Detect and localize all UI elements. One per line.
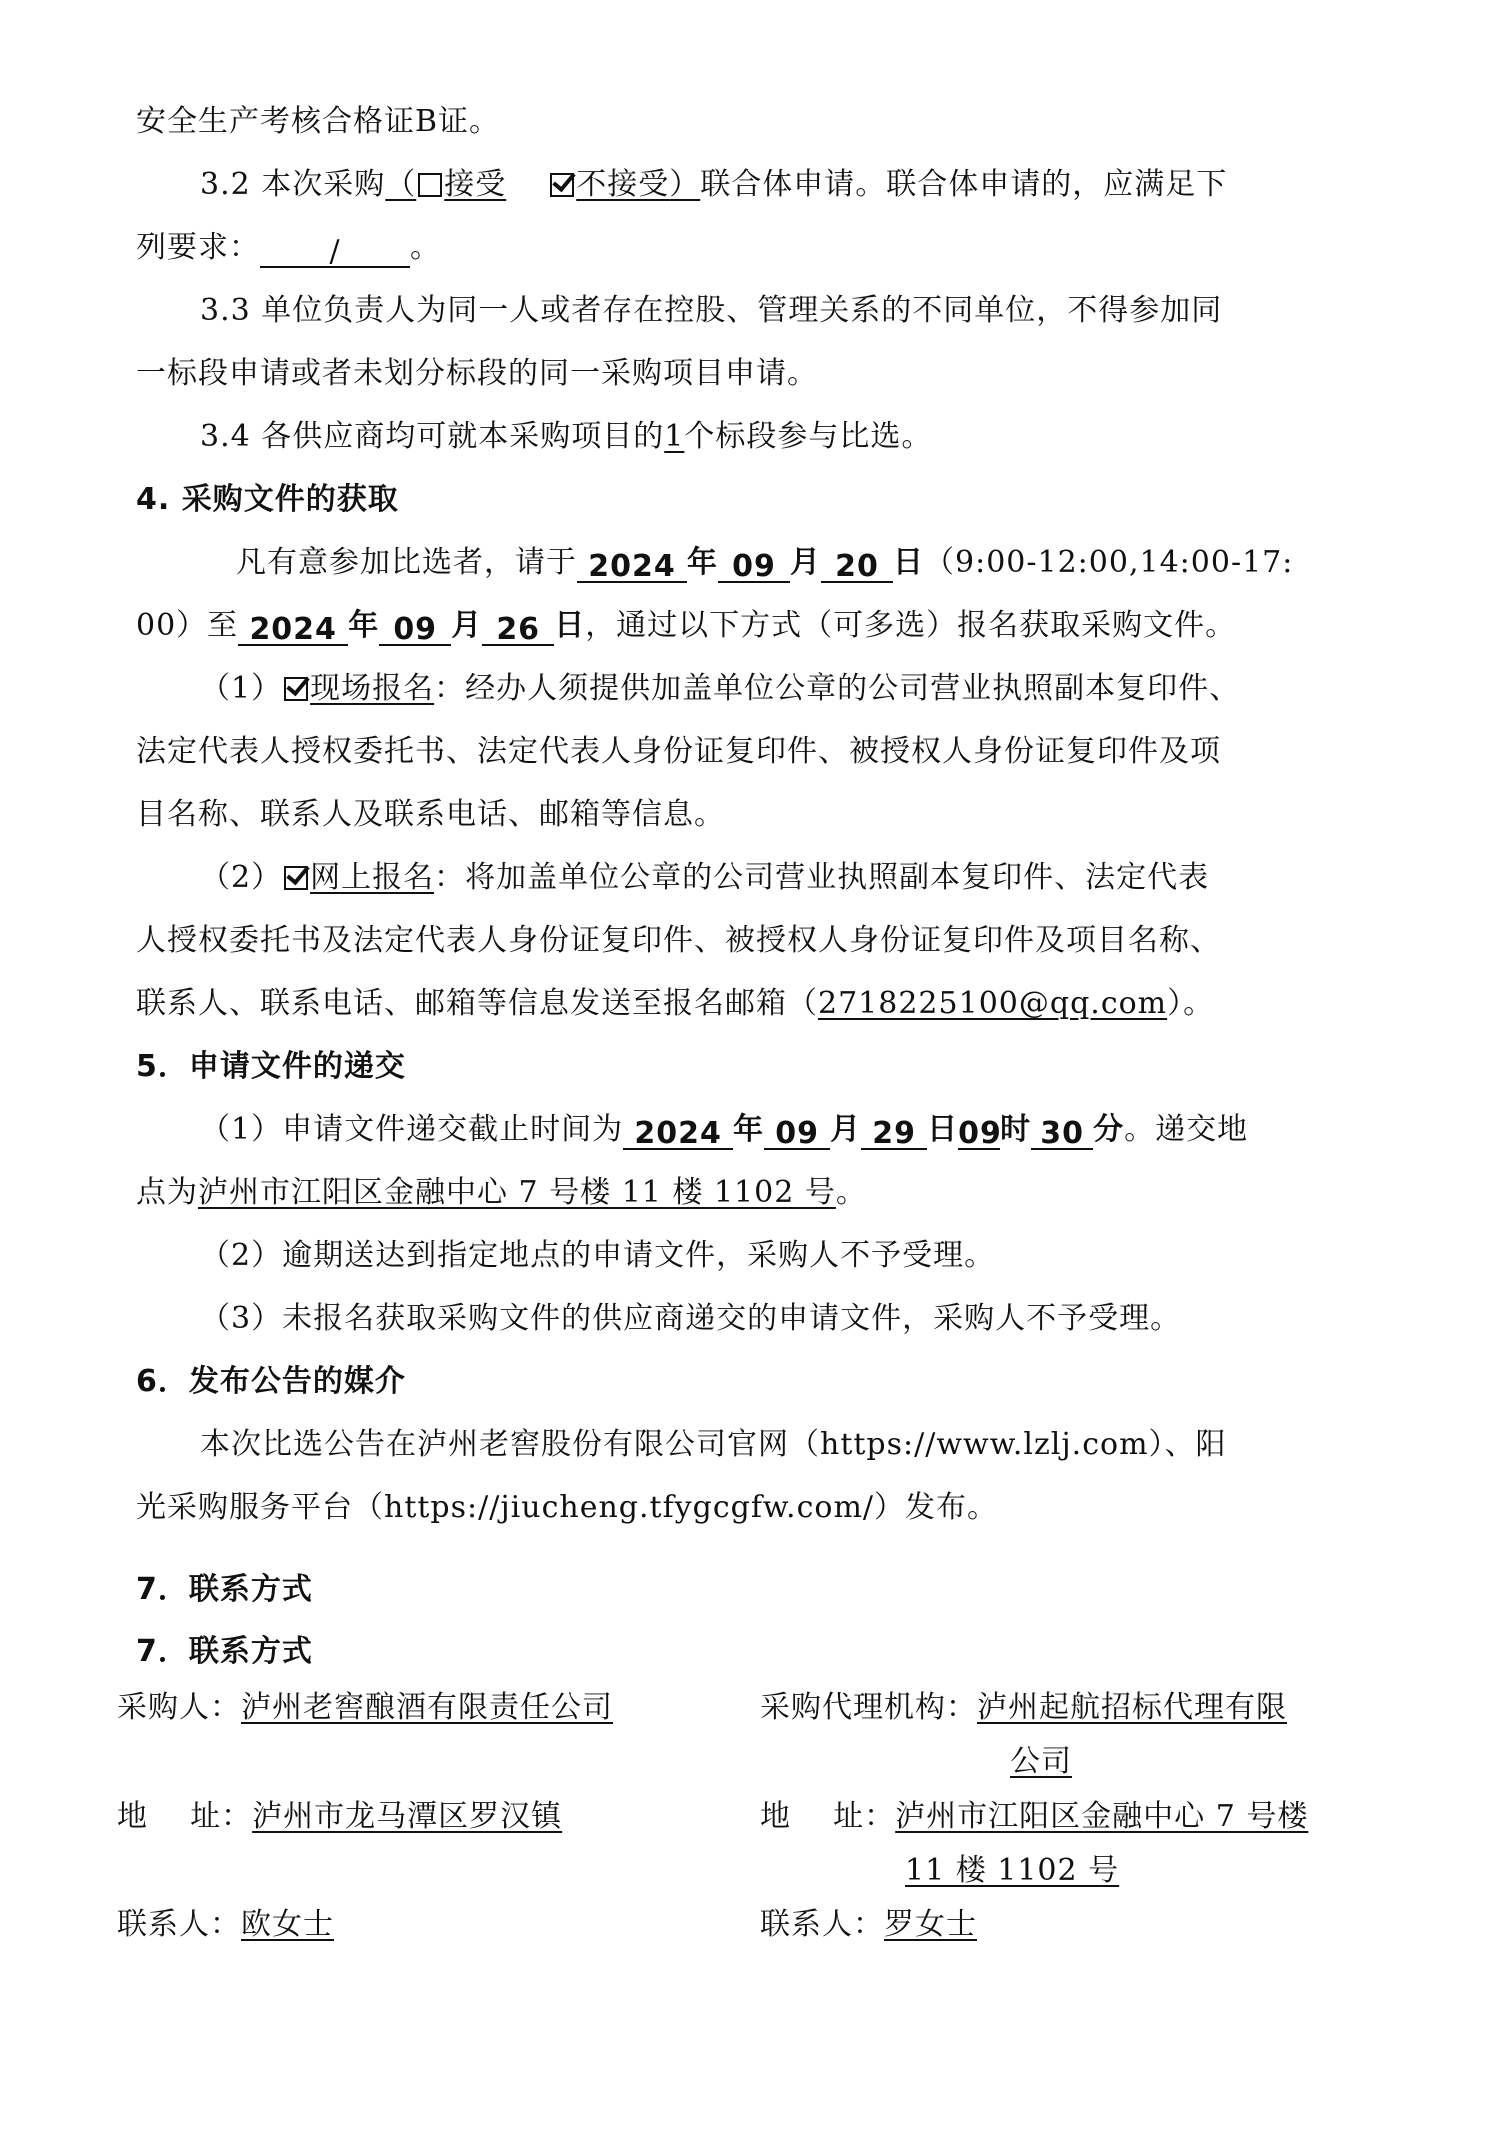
purchaser-address-row: 地 址：泸州市龙马潭区罗汉镇: [117, 1797, 598, 1837]
paragraph-text: 法定代表人授权委托书、法定代表人身份证复印件、被授权人身份证复印件及项: [136, 734, 1221, 769]
submission-location: 泸州市江阳区金融中心 7 号楼 11 楼 1102 号: [198, 1175, 836, 1210]
method-title-text: 网上报名: [310, 860, 434, 895]
method-number: （2）: [200, 860, 282, 895]
checkbox-online-checked-icon[interactable]: [284, 866, 308, 890]
paragraph-text: 目名称、联系人及联系电话、邮箱等信息。: [136, 797, 725, 832]
checkbox-onsite-checked-icon[interactable]: [284, 677, 308, 701]
period: 。: [410, 230, 441, 265]
agency-contact-row: 联系人：罗女士: [760, 1905, 977, 1945]
agency-contact: 罗女士: [884, 1907, 977, 1942]
paragraph-text: 3.3 单位负责人为同一人或者存在控股、管理关系的不同单位，不得参加同: [200, 293, 1222, 328]
clause-3-4-prefix: 3.4 各供应商均可就本采购项目的: [200, 419, 664, 454]
agency-address-line2: 11 楼 1102 号: [905, 1853, 1119, 1888]
address-label: 地 址：: [117, 1799, 252, 1834]
deadline-minute: 30: [1031, 1114, 1093, 1150]
contact-label: 联系人：: [760, 1907, 884, 1942]
method-2-title: 网上报名: [282, 860, 434, 895]
cert-line: 安全生产考核合格证B证。: [136, 102, 500, 142]
method-1-title: 现场报名: [282, 671, 434, 706]
purchaser-name: 泸州老窖酿酒有限责任公司: [241, 1690, 613, 1725]
agency-address-line1: 泸州市江阳区金融中心 7 号楼: [895, 1799, 1308, 1834]
heading-text: 7．联系方式: [136, 1572, 313, 1607]
method-2-line3: 联系人、联系电话、邮箱等信息发送至报名邮箱（2718225100@qq.com）…: [136, 984, 1214, 1024]
section-4-heading: 4. 采购文件的获取: [136, 480, 399, 520]
label-hour: 时: [1000, 1112, 1031, 1147]
contact-label: 联系人：: [117, 1907, 241, 1942]
start-year: 2024: [577, 547, 687, 583]
label-minute: 分: [1093, 1112, 1124, 1147]
clause-3-4-suffix: 个标段参与比选。: [684, 419, 932, 454]
method-number: （1）: [200, 671, 282, 706]
deadline-hour: 09: [958, 1114, 1000, 1150]
paragraph-text: （1）申请文件递交截止时间为: [200, 1112, 623, 1147]
office-hours: （9:00-12:00,14:00-17:: [924, 545, 1293, 580]
clause-3-2-prefix: 3.2 本次采购: [200, 167, 385, 202]
label-month: 月: [830, 1112, 861, 1147]
paragraph-text: ：经办人须提供加盖单位公章的公司营业执照副本复印件、: [434, 671, 1240, 706]
s6-line1: 本次比选公告在泸州老窖股份有限公司官网（https://www.lzlj.com…: [200, 1425, 1227, 1465]
s5-deadline-line1: （1）申请文件递交截止时间为2024年09月29日09时30分。递交地: [200, 1110, 1248, 1150]
s5-item-3: （3）未报名获取采购文件的供应商递交的申请文件，采购人不予受理。: [200, 1299, 1181, 1339]
label-day: 日: [893, 545, 924, 580]
heading-text: 6．发布公告的媒介: [136, 1364, 406, 1399]
method-2-line2: 人授权委托书及法定代表人身份证复印件、被授权人身份证复印件及项目名称、: [136, 921, 1221, 961]
end-year: 2024: [238, 610, 348, 646]
address-label: 地 址：: [760, 1799, 895, 1834]
agency-address-line2-row: 11 楼 1102 号: [905, 1851, 1119, 1891]
label-day: 日: [554, 608, 585, 643]
paren-open: （: [385, 167, 416, 202]
requirements-blank: /: [260, 232, 410, 268]
checkbox-accept-unchecked-icon[interactable]: [418, 173, 442, 197]
checkbox-reject-checked-icon[interactable]: [550, 173, 574, 197]
section-7-heading-duplicate: 7．联系方式: [136, 1632, 313, 1672]
paragraph-text: 凡有意参加比选者，请于: [236, 545, 577, 580]
purchaser-row: 采购人：泸州老窖酿酒有限责任公司: [117, 1688, 613, 1728]
heading-text: 7．联系方式: [136, 1634, 313, 1669]
clause-3-2-suffix: 联合体申请。联合体申请的，应满足下: [700, 167, 1227, 202]
deadline-day: 29: [861, 1114, 927, 1150]
purchaser-label: 采购人：: [117, 1690, 241, 1725]
purchaser-contact-row: 联系人：欧女士: [117, 1905, 334, 1945]
registration-email-link[interactable]: 2718225100@qq.com: [818, 986, 1167, 1021]
clause-3-3-line1: 3.3 单位负责人为同一人或者存在控股、管理关系的不同单位，不得参加同: [200, 291, 1222, 331]
paragraph-text: ）。: [1167, 986, 1214, 1021]
option-reject-label: 不接受: [576, 167, 669, 202]
end-month: 09: [379, 610, 451, 646]
heading-text: 5．申请文件的递交: [136, 1049, 406, 1084]
label-month: 月: [451, 608, 482, 643]
deadline-month: 09: [764, 1114, 830, 1150]
agency-name-line2-row: 公司: [1010, 1742, 1072, 1782]
paragraph-text: （2）逾期送达到指定地点的申请文件，采购人不予受理。: [200, 1238, 995, 1273]
paragraph-text: 光采购服务平台（https://jiucheng.tfygcgfw.com/）发…: [136, 1490, 998, 1525]
purchaser-contact: 欧女士: [241, 1907, 334, 1942]
clause-3-2-requirements: 列要求：/。: [136, 228, 441, 268]
s5-deadline-line2: 点为泸州市江阳区金融中心 7 号楼 11 楼 1102 号。: [136, 1173, 867, 1213]
agency-name-line1: 泸州起航招标代理有限: [977, 1690, 1287, 1725]
clause-3-4: 3.4 各供应商均可就本采购项目的1个标段参与比选。: [200, 417, 932, 457]
s4-paragraph-line1: 凡有意参加比选者，请于2024年09月20日（9:00-12:00,14:00-…: [236, 543, 1293, 583]
paragraph-text: 。: [836, 1175, 867, 1210]
deadline-year: 2024: [623, 1114, 733, 1150]
agency-address-row: 地 址：泸州市江阳区金融中心 7 号楼: [760, 1797, 1308, 1837]
method-1-line3: 目名称、联系人及联系电话、邮箱等信息。: [136, 795, 725, 835]
clause-3-2: 3.2 本次采购（接受不接受）联合体申请。联合体申请的，应满足下: [200, 165, 1227, 205]
start-month: 09: [718, 547, 790, 583]
s4-paragraph-line2: 00）至2024年09月26日，通过以下方式（可多选）报名获取采购文件。: [136, 606, 1236, 646]
end-day: 26: [482, 610, 554, 646]
agency-row: 采购代理机构：泸州起航招标代理有限: [760, 1688, 1287, 1728]
paragraph-text: ：将加盖单位公章的公司营业执照副本复印件、法定代表: [434, 860, 1209, 895]
label-year: 年: [348, 608, 379, 643]
section-6-heading: 6．发布公告的媒介: [136, 1362, 406, 1402]
agency-label: 采购代理机构：: [760, 1690, 977, 1725]
label-month: 月: [790, 545, 821, 580]
lot-count: 1: [664, 419, 684, 454]
start-day: 20: [821, 547, 893, 583]
purchaser-address: 泸州市龙马潭区罗汉镇: [252, 1799, 598, 1834]
label-year: 年: [733, 1112, 764, 1147]
consortium-options: （接受不接受）: [385, 167, 700, 202]
section-5-heading: 5．申请文件的递交: [136, 1047, 406, 1087]
office-hours-cont: 00）至: [136, 608, 238, 643]
paragraph-text: 安全生产考核合格证B证。: [136, 104, 500, 139]
paragraph-text: 人授权委托书及法定代表人身份证复印件、被授权人身份证复印件及项目名称、: [136, 923, 1221, 958]
paragraph-text: （3）未报名获取采购文件的供应商递交的申请文件，采购人不予受理。: [200, 1301, 1181, 1336]
section-7-heading: 7．联系方式: [136, 1570, 313, 1610]
paren-close: ）: [669, 167, 700, 202]
clause-3-3-line2: 一标段申请或者未划分标段的同一采购项目申请。: [136, 354, 818, 394]
paragraph-text: 联系人、联系电话、邮箱等信息发送至报名邮箱（: [136, 986, 818, 1021]
method-2-line1: （2）网上报名：将加盖单位公章的公司营业执照副本复印件、法定代表: [200, 858, 1209, 898]
agency-name-line2: 公司: [1010, 1744, 1072, 1779]
requirements-label: 列要求：: [136, 230, 260, 265]
paragraph-text: 点为: [136, 1175, 198, 1210]
method-title-text: 现场报名: [310, 671, 434, 706]
method-1-line2: 法定代表人授权委托书、法定代表人身份证复印件、被授权人身份证复印件及项: [136, 732, 1221, 772]
label-day: 日: [927, 1112, 958, 1147]
paragraph-text: 一标段申请或者未划分标段的同一采购项目申请。: [136, 356, 818, 391]
label-year: 年: [687, 545, 718, 580]
s6-line2: 光采购服务平台（https://jiucheng.tfygcgfw.com/）发…: [136, 1488, 998, 1528]
paragraph-text: ，通过以下方式（可多选）报名获取采购文件。: [585, 608, 1236, 643]
option-accept-label: 接受: [444, 167, 506, 202]
method-1-line1: （1）现场报名：经办人须提供加盖单位公章的公司营业执照副本复印件、: [200, 669, 1240, 709]
paragraph-text: 。递交地: [1124, 1112, 1248, 1147]
s5-item-2: （2）逾期送达到指定地点的申请文件，采购人不予受理。: [200, 1236, 995, 1276]
heading-text: 4. 采购文件的获取: [136, 482, 399, 517]
paragraph-text: 本次比选公告在泸州老窖股份有限公司官网（https://www.lzlj.com…: [200, 1427, 1227, 1462]
